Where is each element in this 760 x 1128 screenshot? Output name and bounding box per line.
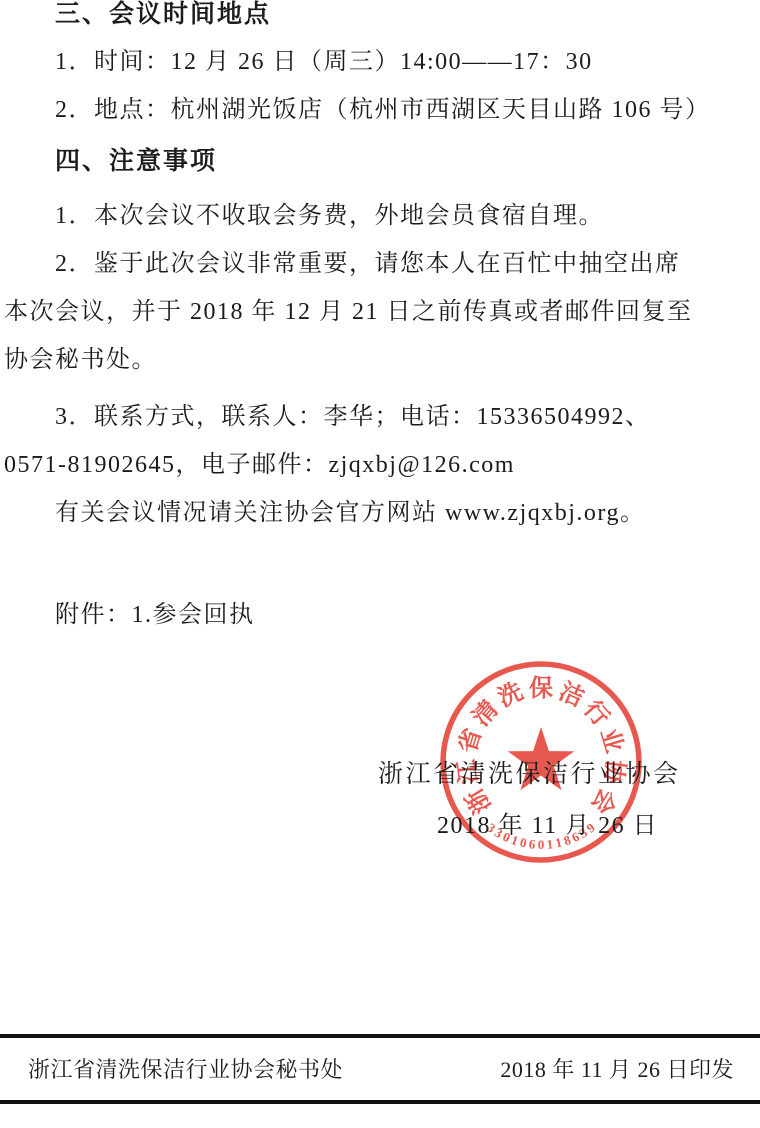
document-page: 三、会议时间地点 1．时间：12 月 26 日（周三）14:00——17：30 … [0,0,760,1128]
svg-text:省: 省 [454,725,487,756]
svg-text:业: 业 [595,725,628,756]
note-3-line-1: 3．联系方式，联系人：李华；电话：15336504992、 [55,402,651,432]
footer-print-date: 2018 年 11 月 26 日印发 [500,1053,734,1084]
note-3-line-2: 0571-81902645，电子邮件：zjqxbj@126.com [4,450,515,480]
footer-issuer: 浙江省清洗保洁行业协会秘书处 [28,1053,343,1084]
svg-text:保: 保 [529,674,553,702]
note-2-line-3: 协会秘书处。 [4,345,157,375]
svg-text:洁: 洁 [555,678,588,713]
note-2-line-2: 本次会议，并于 2018 年 12 月 21 日之前传真或者邮件回复至 [4,297,693,327]
footer-rule-bottom [0,1100,760,1104]
svg-text:洗: 洗 [494,678,527,713]
line-meeting-place: 2．地点：杭州湖光饭店（杭州市西湖区天目山路 106 号） [55,95,711,125]
line-meeting-time: 1．时间：12 月 26 日（周三）14:00——17：30 [55,47,593,77]
note-1: 1．本次会议不收取会务费，外地会员食宿自理。 [55,201,604,231]
line-website: 有关会议情况请关注协会官方网站 www.zjqxbj.org。 [55,498,645,528]
line-attachment: 附件：1.参会回执 [55,600,255,630]
note-2-line-1: 2．鉴于此次会议非常重要，请您本人在百忙中抽空出席 [55,249,681,279]
signature-date: 2018 年 11 月 26 日 [437,805,658,840]
footer-rule-top [0,1034,760,1038]
svg-text:行: 行 [578,696,614,732]
svg-text:清: 清 [468,696,504,732]
section-heading-notes: 四、注意事项 [55,147,217,177]
signature-org: 浙江省清洗保洁行业协会 [378,754,681,790]
section-heading-time-place: 三、会议时间地点 [55,0,271,30]
